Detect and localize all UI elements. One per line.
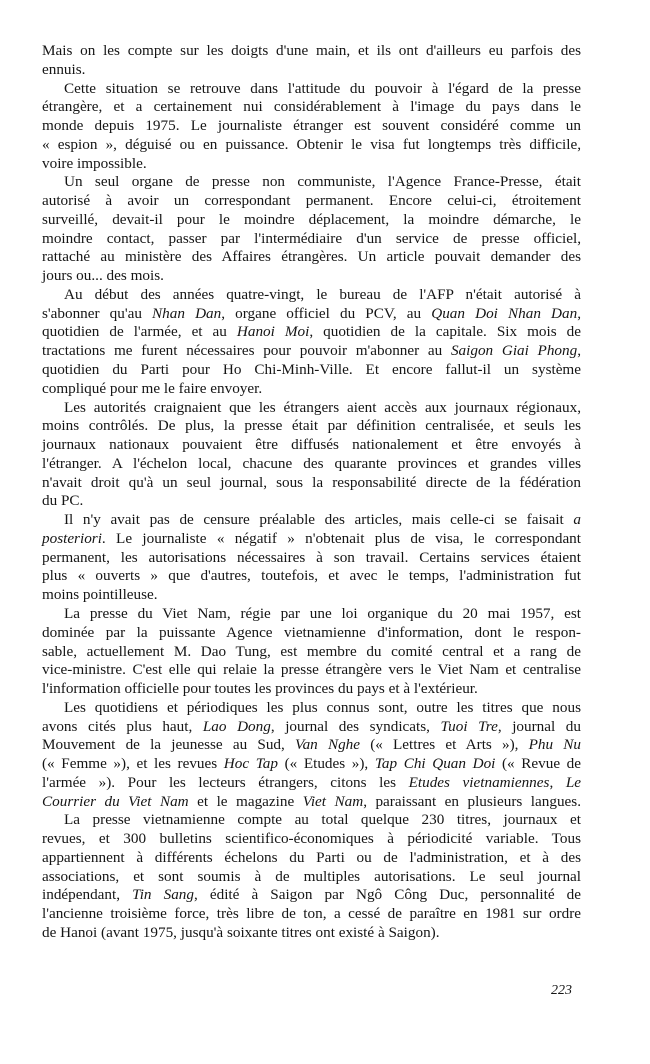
- italic-title: Tin Sang: [132, 886, 194, 903]
- text-line: moins contrôlés. De plus, la presse étai…: [42, 417, 581, 436]
- text-line: quotidien du Parti pour Ho Chi-Minh-Vill…: [42, 361, 581, 380]
- text-segment: moins contrôlés. De plus, la presse étai…: [42, 417, 581, 434]
- text-line: moins pointilleuse.: [42, 586, 581, 605]
- text-segment: , organe officiel du PCV, au: [221, 305, 431, 322]
- text-segment: , paraissant en plusieurs langues.: [363, 793, 581, 810]
- text-line: voire impossible.: [42, 155, 581, 174]
- text-line: l'ancienne troisième force, très libre d…: [42, 905, 581, 924]
- text-segment: appartiennent à différents échelons du P…: [42, 849, 581, 866]
- text-line: sable, actuellement M. Dao Tung, est mem…: [42, 643, 581, 662]
- text-segment: La presse vietnamienne compte au total q…: [64, 811, 581, 828]
- text-segment: sable, actuellement M. Dao Tung, est mem…: [42, 643, 581, 660]
- text-line: Mais on les compte sur les doigts d'une …: [42, 42, 581, 61]
- text-segment: étrangère, et a certainement nui considé…: [42, 98, 581, 115]
- text-segment: plus « ouverts » que d'autres, toutefois…: [42, 567, 581, 584]
- text-segment: associations, et sont soumis à de multip…: [42, 868, 581, 885]
- text-line: n'avait droit qu'à un seul journal, sous…: [42, 474, 581, 493]
- italic-title: Le: [566, 774, 581, 791]
- text-segment: . Le journaliste « négatif » n'obtenait …: [102, 530, 581, 547]
- text-segment: surveillé, devait-il pour le moindre dép…: [42, 211, 581, 228]
- text-segment: permanent, les autorisations nécessaires…: [42, 549, 581, 566]
- text-segment: Mais on les compte sur les doigts d'une …: [42, 42, 581, 59]
- text-line: Les autorités craignaient que les étrang…: [42, 399, 581, 418]
- text-segment: (« Etudes »),: [278, 755, 375, 772]
- text-segment: vice-ministre. C'est elle qui relaie la …: [42, 661, 581, 678]
- text-line: (« Femme »), et les revues Hoc Tap (« Et…: [42, 755, 581, 774]
- italic-title: Saigon Giai Phong: [451, 342, 577, 359]
- text-line: autorisé à avoir un correspondant perman…: [42, 192, 581, 211]
- text-segment: tractations me furent nécessaires pour p…: [42, 342, 451, 359]
- text-segment: de Hanoi (avant 1975, jusqu'à soixante t…: [42, 924, 440, 941]
- page-body-text: Mais on les compte sur les doigts d'une …: [42, 42, 581, 943]
- text-segment: (« Revue de: [495, 755, 581, 772]
- text-segment: dominée par la puissante Agence vietnami…: [42, 624, 581, 641]
- text-line: quotidien de l'armée, et au Hanoi Moi, q…: [42, 323, 581, 342]
- text-line: Courrier du Viet Nam et le magazine Viet…: [42, 793, 581, 812]
- text-line: Au début des années quatre-vingt, le bur…: [42, 286, 581, 305]
- text-segment: Mouvement de la jeunesse au Sud,: [42, 736, 295, 753]
- text-line: étrangère, et a certainement nui considé…: [42, 98, 581, 117]
- text-segment: Les autorités craignaient que les étrang…: [64, 399, 581, 416]
- text-line: plus « ouverts » que d'autres, toutefois…: [42, 567, 581, 586]
- italic-title: Tap Chi Quan Doi: [375, 755, 496, 772]
- text-line: La presse du Viet Nam, régie par une loi…: [42, 605, 581, 624]
- text-segment: La presse du Viet Nam, régie par une loi…: [64, 605, 581, 622]
- text-line: avons cités plus haut, Lao Dong, journal…: [42, 718, 581, 737]
- page-number: 223: [551, 983, 572, 999]
- text-segment: , édité à Saigon par Ngô Công Duc, perso…: [194, 886, 581, 903]
- text-line: associations, et sont soumis à de multip…: [42, 868, 581, 887]
- text-line: Il n'y avait pas de censure préalable de…: [42, 511, 581, 530]
- text-line: revues, et 300 bulletins scientifico-éco…: [42, 830, 581, 849]
- text-line: l'information officielle pour toutes les…: [42, 680, 581, 699]
- text-segment: moindre contact, passer par l'intermédia…: [42, 230, 581, 247]
- italic-title: Nhan Dan: [152, 305, 221, 322]
- text-segment: , journal du: [498, 718, 581, 735]
- italic-title: Etudes vietnamiennes: [409, 774, 550, 791]
- text-line: « espion », déguisé ou en puissance. Obt…: [42, 136, 581, 155]
- text-segment: quotidien de l'armée, et au: [42, 323, 237, 340]
- text-line: appartiennent à différents échelons du P…: [42, 849, 581, 868]
- text-line: Mouvement de la jeunesse au Sud, Van Ngh…: [42, 736, 581, 755]
- text-segment: journaux nationaux pouvaient être diffus…: [42, 436, 581, 453]
- italic-title: Viet Nam: [303, 793, 364, 810]
- italic-title: Hanoi Moi: [237, 323, 309, 340]
- text-line: l'armée »). Pour les lecteurs étrangers,…: [42, 774, 581, 793]
- text-segment: « espion », déguisé ou en puissance. Obt…: [42, 136, 581, 153]
- text-segment: et le magazine: [189, 793, 303, 810]
- text-segment: l'armée »). Pour les lecteurs étrangers,…: [42, 774, 409, 791]
- text-line: moindre contact, passer par l'intermédia…: [42, 230, 581, 249]
- text-segment: Au début des années quatre-vingt, le bur…: [64, 286, 581, 303]
- text-line: s'abonner qu'au Nhan Dan, organe officie…: [42, 305, 581, 324]
- text-segment: avons cités plus haut,: [42, 718, 203, 735]
- text-segment: , quotidien de la capitale. Six mois de: [309, 323, 581, 340]
- text-segment: Il n'y avait pas de censure préalable de…: [64, 511, 573, 528]
- text-line: monde depuis 1975. Le journaliste étrang…: [42, 117, 581, 136]
- italic-title: Phu Nu: [529, 736, 581, 753]
- text-line: ennuis.: [42, 61, 581, 80]
- text-line: permanent, les autorisations nécessaires…: [42, 549, 581, 568]
- text-line: dominée par la puissante Agence vietnami…: [42, 624, 581, 643]
- italic-title: Courrier du Viet Nam: [42, 793, 189, 810]
- text-segment: l'étranger. A l'échelon local, chacune d…: [42, 455, 581, 472]
- text-segment: moins pointilleuse.: [42, 586, 158, 603]
- text-segment: s'abonner qu'au: [42, 305, 152, 322]
- text-segment: , journal des syndicats,: [271, 718, 441, 735]
- text-line: journaux nationaux pouvaient être diffus…: [42, 436, 581, 455]
- text-line: La presse vietnamienne compte au total q…: [42, 811, 581, 830]
- italic-title: Lao Dong: [203, 718, 271, 735]
- text-segment: (« Lettres et Arts »),: [360, 736, 529, 753]
- text-line: indépendant, Tin Sang, édité à Saigon pa…: [42, 886, 581, 905]
- text-segment: Cette situation se retrouve dans l'attit…: [64, 80, 581, 97]
- text-line: Les quotidiens et périodiques les plus c…: [42, 699, 581, 718]
- text-segment: Un seul organe de presse non communiste,…: [64, 173, 581, 190]
- text-line: Cette situation se retrouve dans l'attit…: [42, 80, 581, 99]
- italic-title: posteriori: [42, 530, 102, 547]
- text-segment: Les quotidiens et périodiques les plus c…: [64, 699, 581, 716]
- italic-title: Tuoi Tre: [441, 718, 498, 735]
- italic-title: Quan Doi Nhan Dan: [431, 305, 577, 322]
- text-segment: monde depuis 1975. Le journaliste étrang…: [42, 117, 581, 134]
- text-segment: n'avait droit qu'à un seul journal, sous…: [42, 474, 581, 491]
- italic-title: Hoc Tap: [224, 755, 278, 772]
- italic-title: Van Nghe: [295, 736, 360, 753]
- text-segment: ennuis.: [42, 61, 85, 78]
- text-segment: l'ancienne troisième force, très libre d…: [42, 905, 581, 922]
- text-segment: quotidien du Parti pour Ho Chi-Minh-Vill…: [42, 361, 581, 378]
- text-line: jours ou... des mois.: [42, 267, 581, 286]
- text-segment: voire impossible.: [42, 155, 147, 172]
- text-line: l'étranger. A l'échelon local, chacune d…: [42, 455, 581, 474]
- text-line: rattaché au ministère des Affaires étran…: [42, 248, 581, 267]
- text-line: posteriori. Le journaliste « négatif » n…: [42, 530, 581, 549]
- text-segment: ,: [577, 342, 581, 359]
- italic-title: a: [573, 511, 581, 528]
- text-segment: rattaché au ministère des Affaires étran…: [42, 248, 581, 265]
- text-segment: l'information officielle pour toutes les…: [42, 680, 478, 697]
- text-segment: ,: [577, 305, 581, 322]
- text-line: Un seul organe de presse non communiste,…: [42, 173, 581, 192]
- text-line: tractations me furent nécessaires pour p…: [42, 342, 581, 361]
- text-line: surveillé, devait-il pour le moindre dép…: [42, 211, 581, 230]
- text-segment: ,: [549, 774, 565, 791]
- text-segment: du PC.: [42, 492, 83, 509]
- text-segment: compliqué pour me le faire envoyer.: [42, 380, 262, 397]
- text-segment: revues, et 300 bulletins scientifico-éco…: [42, 830, 581, 847]
- text-line: compliqué pour me le faire envoyer.: [42, 380, 581, 399]
- text-segment: jours ou... des mois.: [42, 267, 164, 284]
- text-line: de Hanoi (avant 1975, jusqu'à soixante t…: [42, 924, 581, 943]
- text-segment: indépendant,: [42, 886, 132, 903]
- text-segment: autorisé à avoir un correspondant perman…: [42, 192, 581, 209]
- text-line: du PC.: [42, 492, 581, 511]
- text-line: vice-ministre. C'est elle qui relaie la …: [42, 661, 581, 680]
- text-segment: (« Femme »), et les revues: [42, 755, 224, 772]
